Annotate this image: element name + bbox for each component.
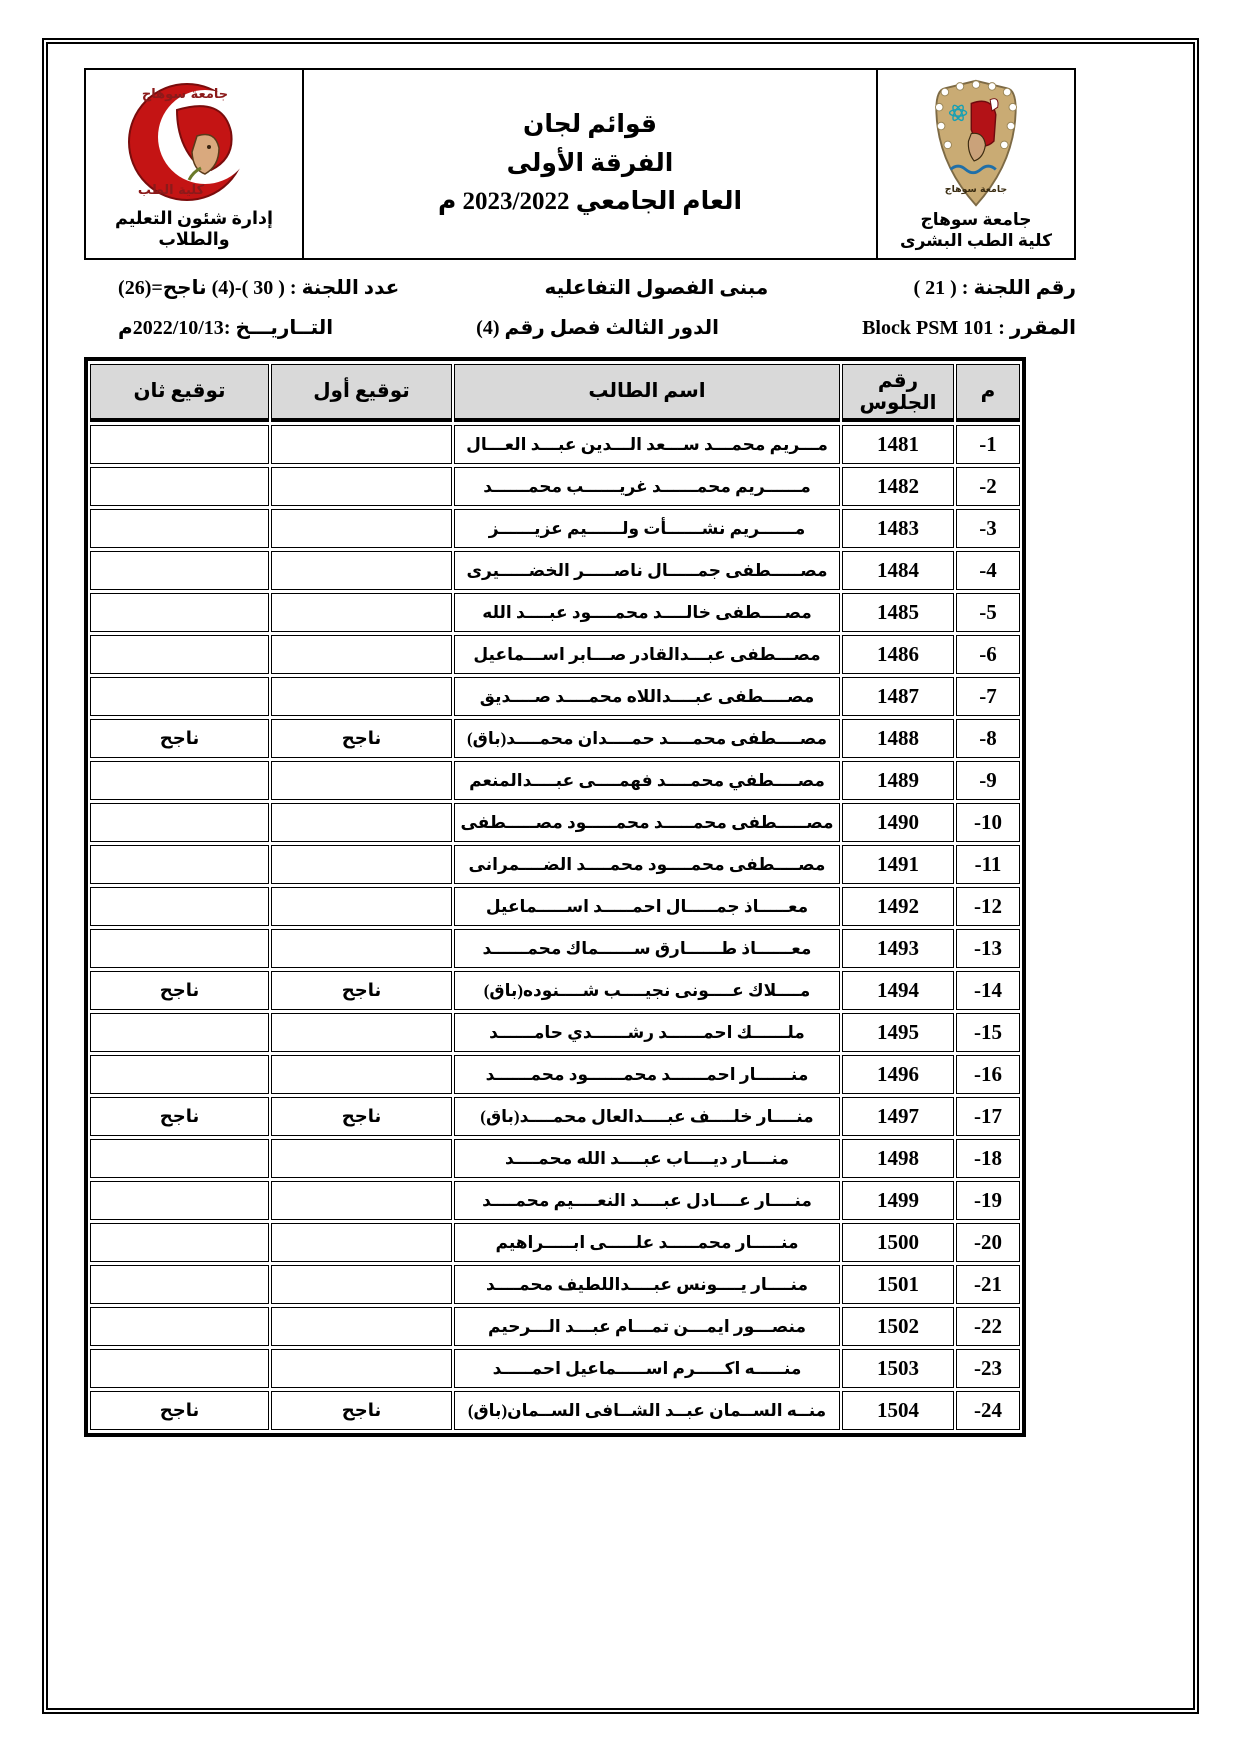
student-name-cell: مصــــطفي محمــــد فهمــــى عبــــدالمنع… xyxy=(454,761,840,800)
first-signature-cell xyxy=(271,509,452,548)
header: جامعة سوهاج كلية الطب إدارة شئون التعليم… xyxy=(84,68,1076,260)
first-signature-cell xyxy=(271,803,452,842)
serial-cell: -18 xyxy=(956,1139,1020,1178)
first-signature-cell xyxy=(271,1181,452,1220)
second-signature-cell: ناجح xyxy=(90,1391,269,1430)
table-row: -19 1499 منــــار عــــادل عبــــد النعـ… xyxy=(90,1181,1020,1220)
seat-number-cell: 1499 xyxy=(842,1181,954,1220)
table-row: -5 1485 مصــــطفى خالــــد محمــــود عبـ… xyxy=(90,593,1020,632)
student-name-cell: معــــــاذ طــــــارق ســــــماك محمــــ… xyxy=(454,929,840,968)
table-row: -22 1502 منصـــور ايمـــن تمـــام عبـــد… xyxy=(90,1307,1020,1346)
table-header-row: م رقم الجلوس اسم الطالب توقيع أول توقيع … xyxy=(90,364,1020,422)
exam-date: التــاريـــخ :2022/10/13م xyxy=(118,315,333,340)
seat-number-cell: 1501 xyxy=(842,1265,954,1304)
serial-cell: -22 xyxy=(956,1307,1020,1346)
student-name-cell: منــــار خلــــف عبــــدالعال محمــــد(ب… xyxy=(454,1097,840,1136)
student-name-cell: مــــلاك عــــونى نجيــــب شــــنوده(باق… xyxy=(454,971,840,1010)
table-row: -8 1488 مصــــطفى محمــــد حمــــدان محم… xyxy=(90,719,1020,758)
first-signature-cell xyxy=(271,467,452,506)
table-row: -21 1501 منــــار يــــونس عبــــداللطيف… xyxy=(90,1265,1020,1304)
serial-cell: -20 xyxy=(956,1223,1020,1262)
first-signature-cell: ناجح xyxy=(271,719,452,758)
course-name: المقرر : Block PSM 101 xyxy=(862,315,1076,340)
seat-number-cell: 1496 xyxy=(842,1055,954,1094)
table-row: -15 1495 ملــــــك احمــــــد رشــــــدي… xyxy=(90,1013,1020,1052)
seat-header-line2: الجلوس xyxy=(843,392,953,414)
student-name-cell: مصــــطفى محمــــد حمــــدان محمــــد(با… xyxy=(454,719,840,758)
student-name-cell: مـــريم محمـــد ســـعد الـــدين عبـــد ا… xyxy=(454,425,840,464)
first-signature-cell xyxy=(271,761,452,800)
first-signature-cell xyxy=(271,1055,452,1094)
second-signature-cell: ناجح xyxy=(90,971,269,1010)
seat-number-cell: 1483 xyxy=(842,509,954,548)
table-row: -4 1484 مصـــــطفى جمـــــال ناصـــــر ا… xyxy=(90,551,1020,590)
first-signature-cell xyxy=(271,845,452,884)
svg-text:جامعة سوهاج: جامعة سوهاج xyxy=(142,87,228,102)
serial-cell: -21 xyxy=(956,1265,1020,1304)
student-name-cell: مصـــــطفى محمـــــد محمـــــود مصـــــط… xyxy=(454,803,840,842)
table-row: -14 1494 مــــلاك عــــونى نجيــــب شـــ… xyxy=(90,971,1020,1010)
serial-cell: -9 xyxy=(956,761,1020,800)
grade-title: الفرقة الأولى xyxy=(304,145,876,184)
first-signature-cell xyxy=(271,1139,452,1178)
student-name-cell: منــــــار احمــــــد محمــــــود محمـــ… xyxy=(454,1055,840,1094)
svg-text:كلية الطب: كلية الطب xyxy=(138,183,205,198)
second-signature-header: توقيع ثان xyxy=(90,364,269,422)
first-signature-cell xyxy=(271,1013,452,1052)
first-signature-cell xyxy=(271,887,452,926)
seat-number-cell: 1500 xyxy=(842,1223,954,1262)
first-signature-cell xyxy=(271,929,452,968)
red-crescent-pharaoh-logo: جامعة سوهاج كلية الطب xyxy=(105,80,283,206)
academic-year-title: العام الجامعي 2023/2022 م xyxy=(304,183,876,222)
table-row: -20 1500 منـــــار محمـــــد علـــــى اب… xyxy=(90,1223,1020,1262)
serial-cell: -14 xyxy=(956,971,1020,1010)
seat-number-cell: 1485 xyxy=(842,593,954,632)
table-row: -24 1504 منــه الســمان عبــد الشــافى ا… xyxy=(90,1391,1020,1430)
second-signature-cell xyxy=(90,1223,269,1262)
first-signature-cell: ناجح xyxy=(271,971,452,1010)
first-signature-cell xyxy=(271,1349,452,1388)
first-signature-cell xyxy=(271,425,452,464)
table-row: -23 1503 منـــــه اكـــــرم اســـــماعيل… xyxy=(90,1349,1020,1388)
table-row: -3 1483 مــــــريم نشــــــأت ولــــــيم… xyxy=(90,509,1020,548)
seat-number-cell: 1495 xyxy=(842,1013,954,1052)
table-row: -11 1491 مصــــطفى محمــــود محمــــد ال… xyxy=(90,845,1020,884)
second-signature-cell xyxy=(90,1013,269,1052)
student-name-cell: مــــــريم محمــــــد غريــــــب محمــــ… xyxy=(454,467,840,506)
second-signature-cell xyxy=(90,1307,269,1346)
page-title: قوائم لجان xyxy=(304,106,876,145)
first-signature-header: توقيع أول xyxy=(271,364,452,422)
first-signature-cell: ناجح xyxy=(271,1391,452,1430)
serial-cell: -13 xyxy=(956,929,1020,968)
second-signature-cell xyxy=(90,1265,269,1304)
second-signature-cell xyxy=(90,929,269,968)
department-label: إدارة شئون التعليم والطلاب xyxy=(88,208,300,250)
second-signature-cell xyxy=(90,635,269,674)
serial-cell: -6 xyxy=(956,635,1020,674)
student-name-cell: منــــار يــــونس عبــــداللطيف محمــــد xyxy=(454,1265,840,1304)
seat-number-cell: 1498 xyxy=(842,1139,954,1178)
seat-header-line1: رقم xyxy=(843,370,953,392)
seat-number-cell: 1486 xyxy=(842,635,954,674)
building-name: مبنى الفصول التفاعليه xyxy=(544,275,768,300)
committee-info-row: رقم اللجنة : ( 21 ) مبنى الفصول التفاعلي… xyxy=(84,275,1076,300)
seat-number-cell: 1482 xyxy=(842,467,954,506)
student-name-cell: مصـــــطفى جمـــــال ناصـــــر الخضـــــ… xyxy=(454,551,840,590)
student-name-cell: منصـــور ايمـــن تمـــام عبـــد الـــرحي… xyxy=(454,1307,840,1346)
serial-cell: -3 xyxy=(956,509,1020,548)
second-signature-cell xyxy=(90,845,269,884)
serial-cell: -4 xyxy=(956,551,1020,590)
serial-cell: -5 xyxy=(956,593,1020,632)
table-row: -13 1493 معــــــاذ طــــــارق ســــــما… xyxy=(90,929,1020,968)
student-name-cell: منــه الســمان عبــد الشــافى الســمان(ب… xyxy=(454,1391,840,1430)
serial-cell: -15 xyxy=(956,1013,1020,1052)
second-signature-cell xyxy=(90,1349,269,1388)
first-signature-cell xyxy=(271,593,452,632)
student-name-cell: ملــــــك احمــــــد رشــــــدي حامـــــ… xyxy=(454,1013,840,1052)
floor-room: الدور الثالث فصل رقم (4) xyxy=(476,315,719,340)
serial-cell: -8 xyxy=(956,719,1020,758)
serial-cell: -24 xyxy=(956,1391,1020,1430)
seat-number-cell: 1484 xyxy=(842,551,954,590)
table-row: -6 1486 مصـــطفى عبـــدالقادر صـــابر اس… xyxy=(90,635,1020,674)
serial-cell: -1 xyxy=(956,425,1020,464)
document-page: جامعة سوهاج كلية الطب إدارة شئون التعليم… xyxy=(42,38,1199,1714)
student-name-cell: مصــــطفى عبــــداللاه محمــــد صــــديق xyxy=(454,677,840,716)
serial-cell: -10 xyxy=(956,803,1020,842)
table-row: -17 1497 منــــار خلــــف عبــــدالعال م… xyxy=(90,1097,1020,1136)
second-signature-cell: ناجح xyxy=(90,719,269,758)
table-row: -10 1490 مصـــــطفى محمـــــد محمـــــود… xyxy=(90,803,1020,842)
second-signature-cell xyxy=(90,1181,269,1220)
seat-number-header: رقم الجلوس xyxy=(842,364,954,422)
serial-cell: -16 xyxy=(956,1055,1020,1094)
serial-cell: -17 xyxy=(956,1097,1020,1136)
seat-number-cell: 1502 xyxy=(842,1307,954,1346)
serial-cell: -19 xyxy=(956,1181,1020,1220)
seat-number-cell: 1490 xyxy=(842,803,954,842)
header-left-box: جامعة سوهاج كلية الطب إدارة شئون التعليم… xyxy=(85,69,303,259)
serial-cell: -11 xyxy=(956,845,1020,884)
faculty-name: كلية الطب البشرى xyxy=(881,230,1071,251)
seat-number-cell: 1503 xyxy=(842,1349,954,1388)
first-signature-cell xyxy=(271,635,452,674)
sohag-university-shield-logo: جامعة سوهاج xyxy=(924,77,1028,209)
student-name-header: اسم الطالب xyxy=(454,364,840,422)
first-signature-cell xyxy=(271,1265,452,1304)
first-signature-cell xyxy=(271,677,452,716)
seat-number-cell: 1488 xyxy=(842,719,954,758)
seat-number-cell: 1497 xyxy=(842,1097,954,1136)
committee-count: عدد اللجنة : ( 30 )-(4) ناجح=(26) xyxy=(118,275,399,300)
seat-number-cell: 1494 xyxy=(842,971,954,1010)
table-row: -2 1482 مــــــريم محمــــــد غريــــــب… xyxy=(90,467,1020,506)
student-name-cell: معـــــاذ جمـــــال احمـــــد اســـــماع… xyxy=(454,887,840,926)
table-row: -12 1492 معـــــاذ جمـــــال احمـــــد ا… xyxy=(90,887,1020,926)
seat-number-cell: 1489 xyxy=(842,761,954,800)
second-signature-cell xyxy=(90,1055,269,1094)
second-signature-cell xyxy=(90,803,269,842)
student-name-cell: مصــــطفى محمــــود محمــــد الضــــمران… xyxy=(454,845,840,884)
second-signature-cell xyxy=(90,887,269,926)
first-signature-cell xyxy=(271,551,452,590)
student-name-cell: مــــــريم نشــــــأت ولــــــيم عزيــــ… xyxy=(454,509,840,548)
svg-text:جامعة سوهاج: جامعة سوهاج xyxy=(945,184,1007,195)
students-table: م رقم الجلوس اسم الطالب توقيع أول توقيع … xyxy=(84,357,1026,1437)
header-title-box: قوائم لجان الفرقة الأولى العام الجامعي 2… xyxy=(303,69,877,259)
second-signature-cell xyxy=(90,467,269,506)
first-signature-cell xyxy=(271,1307,452,1346)
table-row: -18 1498 منــــار ديــــاب عبــــد الله … xyxy=(90,1139,1020,1178)
second-signature-cell xyxy=(90,761,269,800)
seat-number-cell: 1481 xyxy=(842,425,954,464)
table-row: -9 1489 مصــــطفي محمــــد فهمــــى عبــ… xyxy=(90,761,1020,800)
first-signature-cell xyxy=(271,1223,452,1262)
second-signature-cell xyxy=(90,509,269,548)
table-row: -7 1487 مصــــطفى عبــــداللاه محمــــد … xyxy=(90,677,1020,716)
serial-cell: -2 xyxy=(956,467,1020,506)
serial-cell: -23 xyxy=(956,1349,1020,1388)
second-signature-cell xyxy=(90,1139,269,1178)
student-name-cell: منــــار ديــــاب عبــــد الله محمــــد xyxy=(454,1139,840,1178)
course-info-row: المقرر : Block PSM 101 الدور الثالث فصل … xyxy=(84,315,1076,340)
seat-number-cell: 1487 xyxy=(842,677,954,716)
student-name-cell: مصـــطفى عبـــدالقادر صـــابر اســـماعيل xyxy=(454,635,840,674)
student-name-cell: منـــــه اكـــــرم اســـــماعيل احمـــــ… xyxy=(454,1349,840,1388)
committee-number: رقم اللجنة : ( 21 ) xyxy=(913,275,1076,300)
serial-cell: -7 xyxy=(956,677,1020,716)
table-row: -1 1481 مـــريم محمـــد ســـعد الـــدين … xyxy=(90,425,1020,464)
header-right-box: جامعة سوهاج جامعة سوهاج كلية الطب البشرى xyxy=(877,69,1075,259)
student-name-cell: مصــــطفى خالــــد محمــــود عبــــد الل… xyxy=(454,593,840,632)
seat-number-cell: 1504 xyxy=(842,1391,954,1430)
table-row: -16 1496 منــــــار احمــــــد محمــــــ… xyxy=(90,1055,1020,1094)
second-signature-cell xyxy=(90,677,269,716)
second-signature-cell xyxy=(90,593,269,632)
second-signature-cell: ناجح xyxy=(90,1097,269,1136)
serial-header: م xyxy=(956,364,1020,422)
students-table-body: -1 1481 مـــريم محمـــد ســـعد الـــدين … xyxy=(90,425,1020,1430)
first-signature-cell: ناجح xyxy=(271,1097,452,1136)
second-signature-cell xyxy=(90,425,269,464)
university-name: جامعة سوهاج xyxy=(881,209,1071,230)
student-name-cell: منـــــار محمـــــد علـــــى ابـــــراهي… xyxy=(454,1223,840,1262)
student-name-cell: منــــار عــــادل عبــــد النعــــيم محم… xyxy=(454,1181,840,1220)
seat-number-cell: 1491 xyxy=(842,845,954,884)
second-signature-cell xyxy=(90,551,269,590)
seat-number-cell: 1493 xyxy=(842,929,954,968)
seat-number-cell: 1492 xyxy=(842,887,954,926)
serial-cell: -12 xyxy=(956,887,1020,926)
